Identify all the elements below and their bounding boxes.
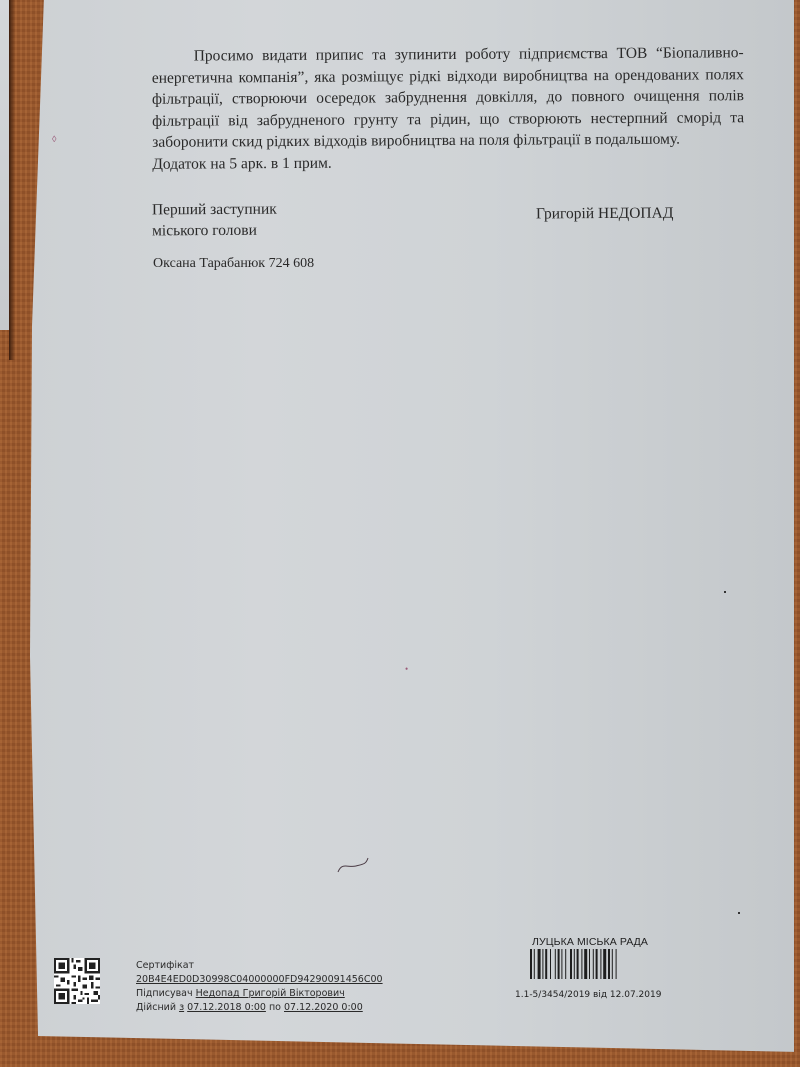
signer-name: Григорій НЕДОПАД [536,205,673,224]
certificate-label: Сертифікат [136,959,383,973]
pen-squiggle [336,856,370,874]
letter-body: Просимо видати припис та зупинити роботу… [152,42,745,175]
valid-to-prefix: по [269,1002,281,1013]
signer-position: Перший заступник міського голови [152,199,277,242]
digital-signature-certificate: Сертифікат 20B4E4ED0D30998C04000000FD942… [136,959,383,1015]
valid-from-prefix: з [179,1002,184,1013]
ink-mark: • [405,664,408,674]
request-paragraph: Просимо видати припис та зупинити роботу… [152,42,745,153]
registration-stamp: ЛУЦЬКА МІСЬКА РАДА 1.1-5/3454/2019 від 1… [530,936,700,1000]
executor-contact: Оксана Тарабанюк 724 608 [153,256,314,272]
ink-mark: ◊ [52,134,56,144]
valid-from: 07.12.2018 0:00 [187,1002,266,1013]
registration-organization: ЛУЦЬКА МІСЬКА РАДА [532,936,700,948]
signer-label: Підписувач [136,988,193,999]
speck [724,591,726,593]
valid-label: Дійсний [136,1002,176,1013]
signer-row: Підписувач Недопад Григорій Вікторович [136,987,383,1001]
qr-code-icon [54,958,100,1004]
attachment-note: Додаток на 5 арк. в 1 прим. [152,150,744,175]
shadow [9,0,15,360]
registration-number: 1.1-5/3454/2019 від 12.07.2019 [515,990,700,1000]
certificate-serial: 20B4E4ED0D30998C04000000FD94290091456C00 [136,973,383,987]
position-line-1: Перший заступник [152,199,277,221]
position-line-2: міського голови [152,220,277,242]
validity-row: Дійсний з 07.12.2018 0:00 по 07.12.2020 … [136,1001,383,1015]
barcode-icon [530,949,644,979]
speck [738,912,740,914]
valid-to: 07.12.2020 0:00 [284,1002,363,1013]
document-page: Просимо видати припис та зупинити роботу… [30,0,794,1052]
adjacent-paper-edge [0,0,9,330]
signer-full-name: Недопад Григорій Вікторович [196,988,345,999]
